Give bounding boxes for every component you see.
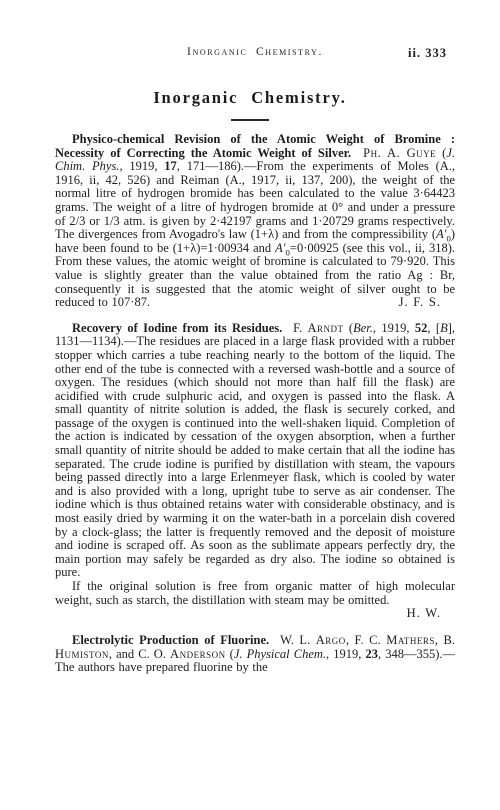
text-segment-smallcaps: Mathers [386, 633, 435, 647]
text-segment-plain: ], 1131—1134).—The residues are placed i… [55, 321, 455, 580]
text-segment-plain: , 1919, [119, 159, 164, 173]
article: Electrolytic Production of Fluorine. W. … [55, 634, 455, 675]
page-header: Inorganic Chemistry. ii. 333 [55, 46, 455, 60]
text-segment-plain: , F. C. [346, 633, 386, 647]
page-number: ii. 333 [408, 46, 447, 61]
text-segment-plain: , 1919, [326, 647, 365, 661]
text-segment-smallcaps: Argo [316, 633, 346, 647]
text-segment-italic: J. Physical Chem. [234, 647, 326, 661]
reviewer-initials: J. F. S. [368, 296, 441, 310]
article: Recovery of Iodine from its Residues. F.… [55, 322, 455, 607]
text-segment-bold: Recovery of Iodine from its Residues. [72, 321, 282, 335]
text-segment-plain: , B. [435, 633, 455, 647]
text-segment-bold: 23 [365, 647, 378, 661]
paragraph: Physico-chemical Revision of the Atomic … [55, 133, 455, 310]
text-segment-plain: ( [344, 321, 354, 335]
journal-page: Inorganic Chemistry. ii. 333 Inorganic C… [0, 0, 500, 810]
text-segment-bold: 17 [164, 159, 177, 173]
text-segment-italic: A′ [436, 227, 446, 241]
text-segment-bold: Electrolytic Production of Fluorine. [72, 633, 269, 647]
paragraph: If the original solution is free from or… [55, 580, 455, 607]
text-segment-plain: F. [282, 321, 307, 335]
section-title: Inorganic Chemistry. [0, 88, 500, 108]
text-segment-italic: Ber. [353, 321, 373, 335]
text-segment-smallcaps: Anderson [170, 647, 226, 661]
title-divider [231, 119, 269, 121]
paragraph: Electrolytic Production of Fluorine. W. … [55, 634, 455, 675]
reviewer-initials: H. W. [376, 607, 441, 621]
text-segment-plain: ( [226, 647, 234, 661]
text-segment-plain: , [ [427, 321, 440, 335]
paragraph: Recovery of Iodine from its Residues. F.… [55, 322, 455, 580]
text-segment-plain: ( [436, 146, 446, 160]
article-list: Physico-chemical Revision of the Atomic … [55, 133, 455, 675]
text-segment-plain: If the original solution is free from or… [55, 579, 455, 607]
text-segment-smallcaps: Arndt [308, 321, 344, 335]
text-segment-italic: A′ [275, 241, 285, 255]
text-segment-smallcaps: Humiston [55, 647, 109, 661]
text-segment-plain: W. L. [269, 633, 316, 647]
text-segment-bold: 52 [415, 321, 428, 335]
article: Physico-chemical Revision of the Atomic … [55, 133, 455, 310]
text-segment-plain: , 1919, [373, 321, 415, 335]
running-head: Inorganic Chemistry. [55, 46, 455, 58]
text-segment-italic: B [440, 321, 448, 335]
text-segment-plain: , and C. O. [109, 647, 170, 661]
text-segment-plain [351, 146, 363, 160]
text-segment-smallcaps: Ph. A. Guye [363, 146, 436, 160]
